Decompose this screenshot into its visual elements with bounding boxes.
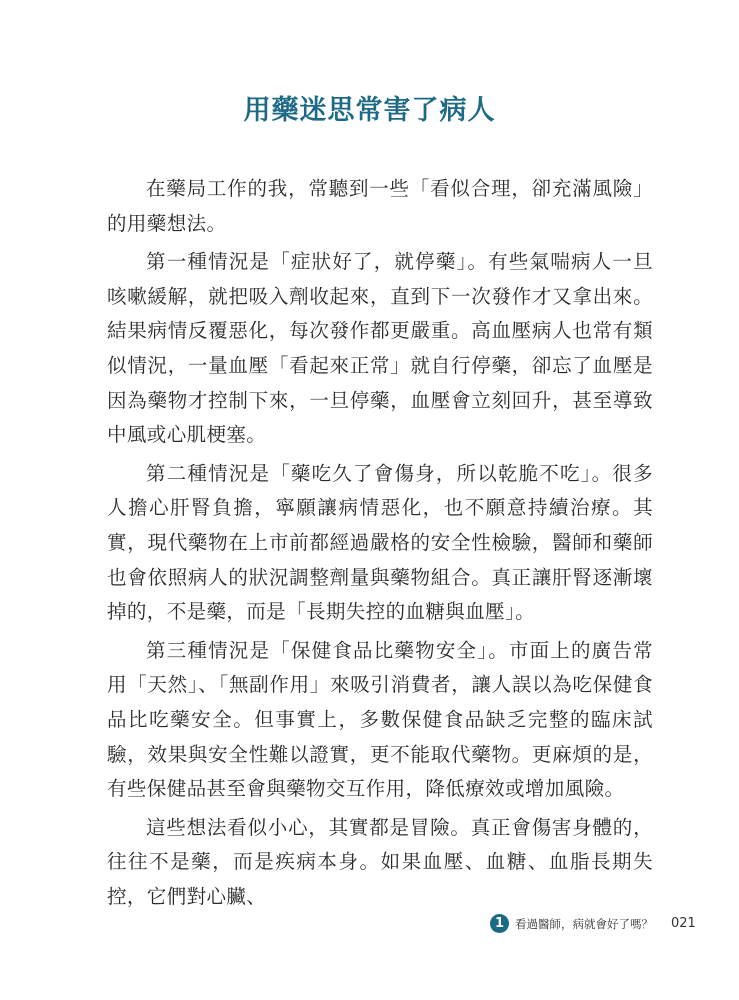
body-text: 在藥局工作的我，常聽到一些「看似合理，卻充滿風險」的用藥想法。 第一種情況是「症… [107,172,653,918]
paragraph: 在藥局工作的我，常聽到一些「看似合理，卻充滿風險」的用藥想法。 [107,172,653,241]
paragraph: 第三種情況是「保健食品比藥物安全」。市面上的廣告常用「天然」、「無副作用」來吸引… [107,634,653,807]
running-chapter-title: 看過醫師，病就會好了嗎？ [515,916,653,932]
page-number: 021 [671,916,696,931]
page-title: 用藥迷思常害了病人 [0,88,739,127]
chapter-number-badge: 1 [490,914,509,933]
paragraph: 第二種情況是「藥吃久了會傷身，所以乾脆不吃」。很多人擔心肝腎負擔，寧願讓病情惡化… [107,457,653,630]
paragraph: 這些想法看似小心，其實都是冒險。真正會傷害身體的，往往不是藥，而是疾病本身。如果… [107,811,653,915]
paragraph: 第一種情況是「症狀好了，就停藥」。有些氣喘病人一旦咳嗽緩解，就把吸入劑收起來，直… [107,245,653,453]
page-footer: 1 看過醫師，病就會好了嗎？ 021 [490,914,696,933]
